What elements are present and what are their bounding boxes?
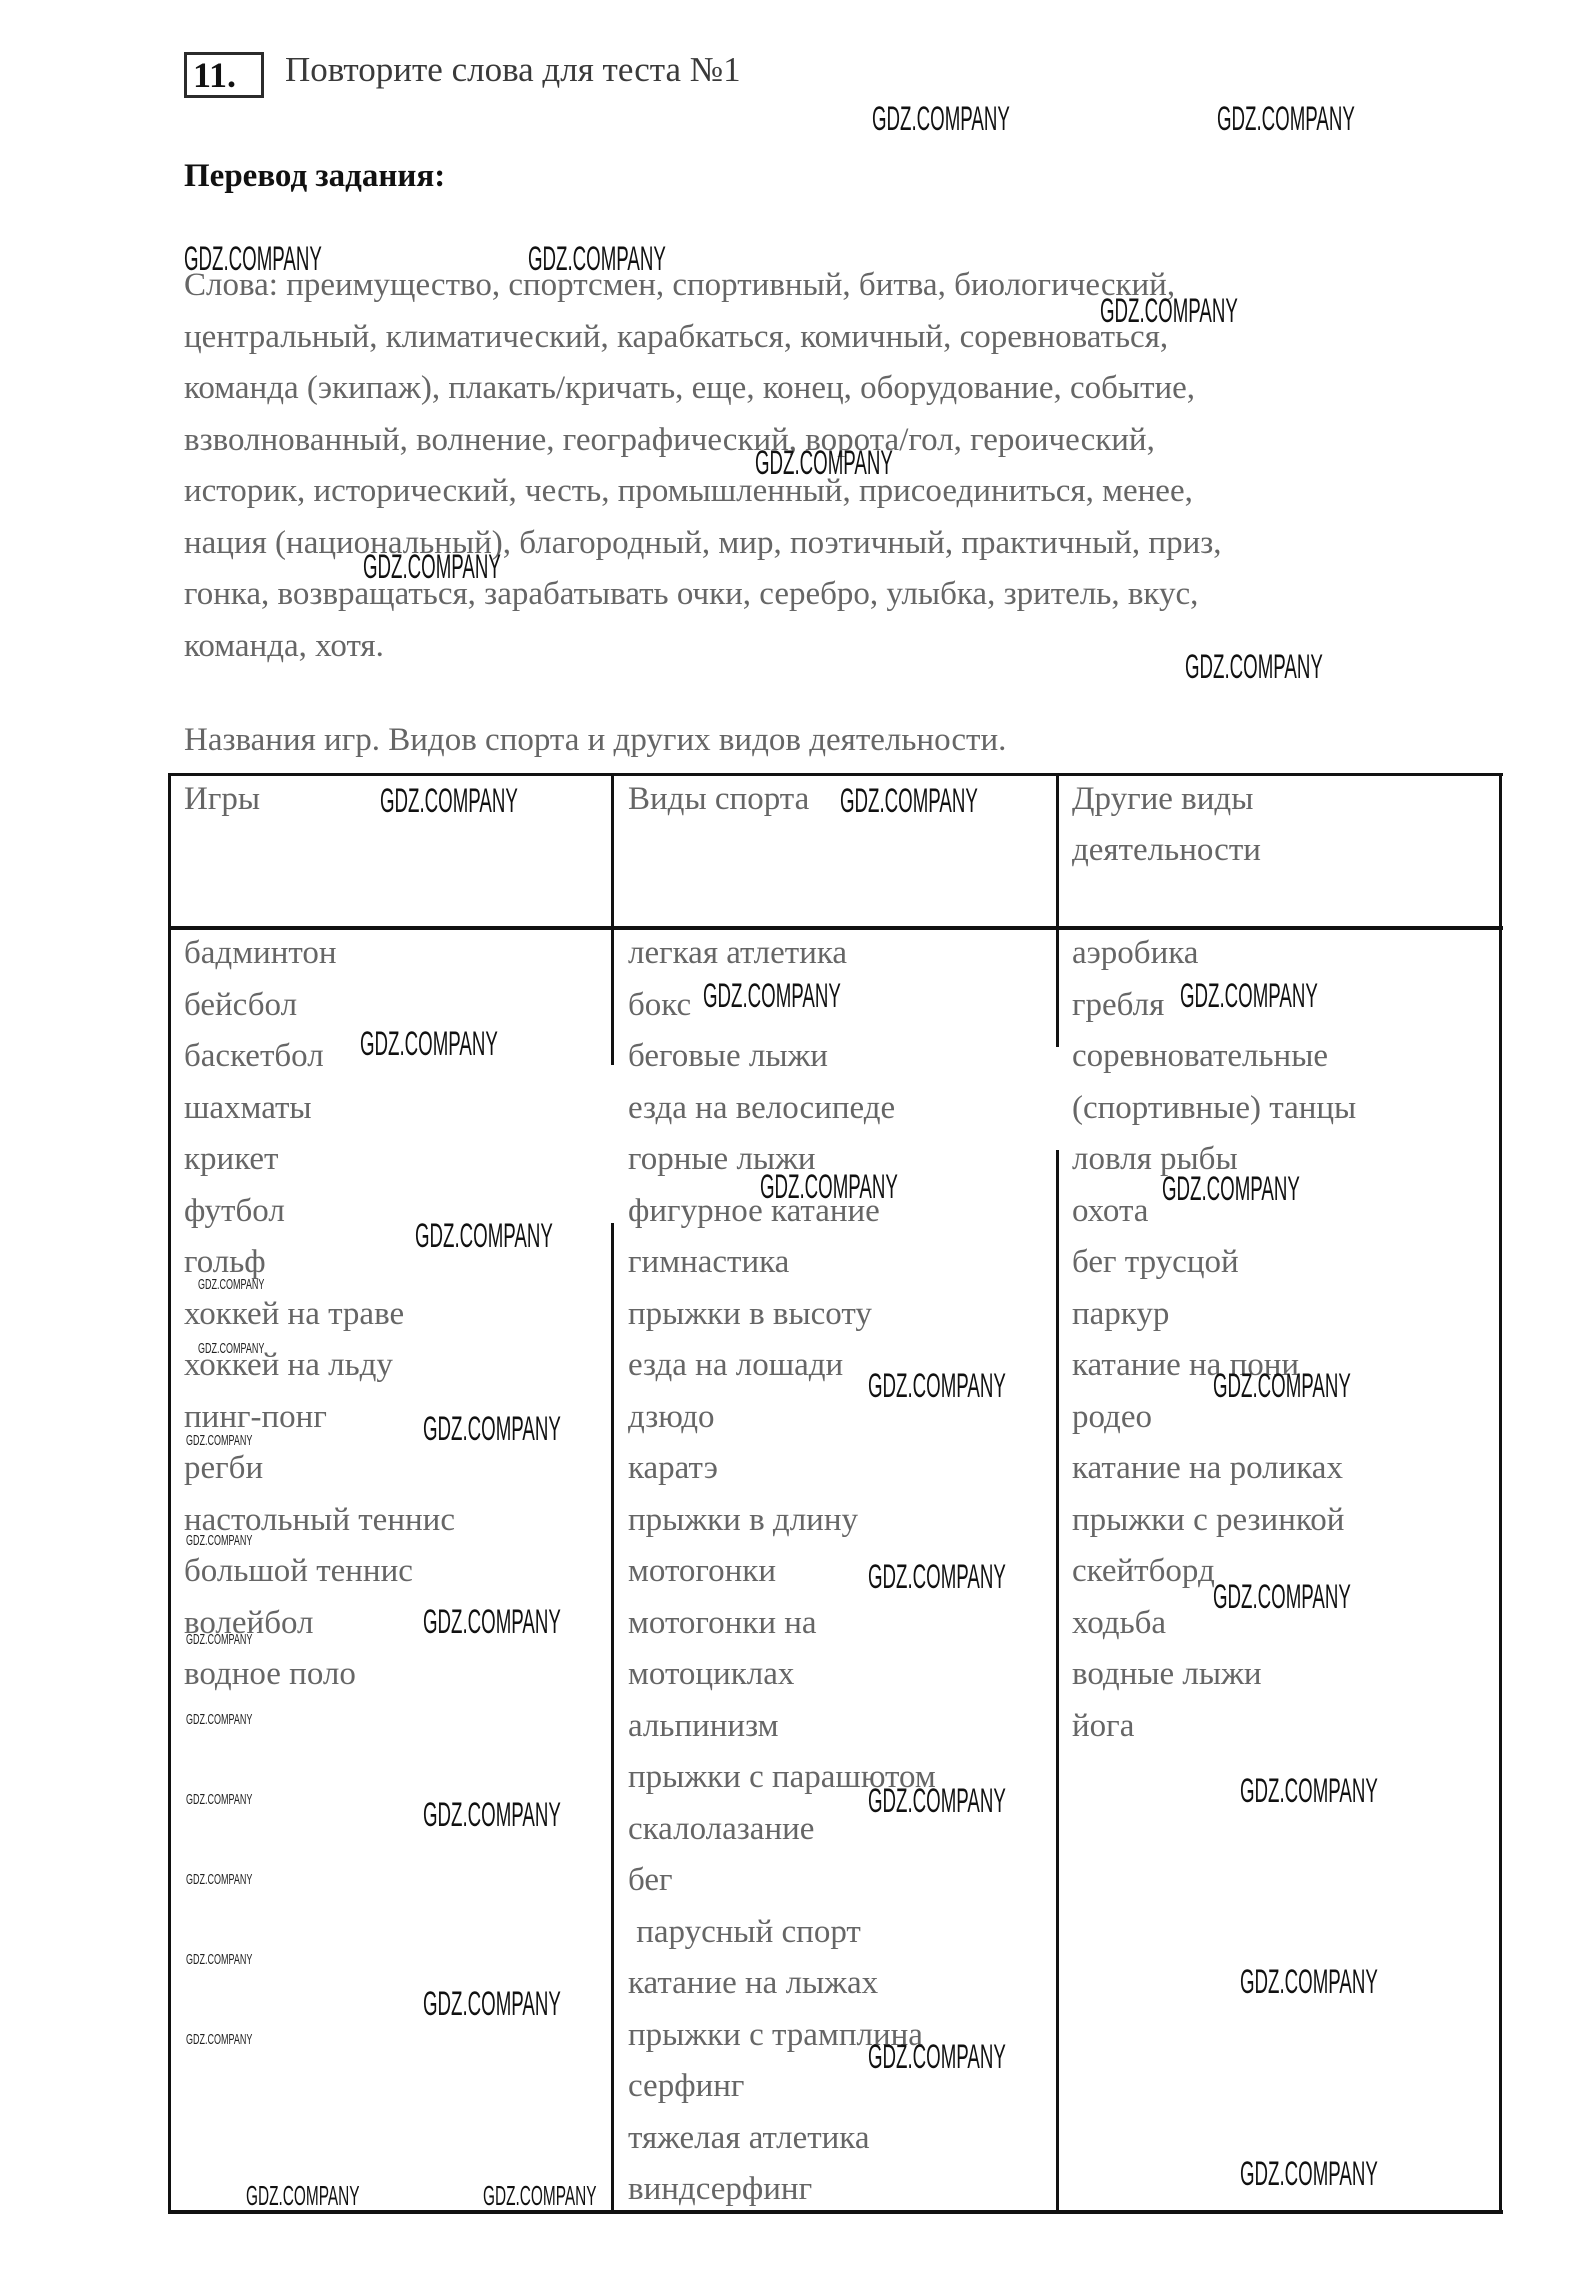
watermark: GDZ.COMPANY bbox=[868, 1367, 1006, 1406]
paragraph-line: центральный, климатический, карабкаться,… bbox=[184, 312, 1484, 364]
list-item: прыжки в высоту bbox=[628, 1289, 936, 1341]
list-item: парусный спорт bbox=[628, 1907, 936, 1959]
watermark: GDZ.COMPANY bbox=[423, 1796, 561, 1835]
header-other-line1: Другие виды bbox=[1072, 774, 1253, 826]
list-item: альпинизм bbox=[628, 1701, 936, 1753]
list-item: бадминтон bbox=[184, 928, 455, 980]
list-item: (спортивные) танцы bbox=[1072, 1083, 1356, 1135]
watermark: GDZ.COMPANY bbox=[1213, 1367, 1351, 1406]
watermark: GDZ.COMPANY bbox=[868, 2038, 1006, 2077]
header-other-line2: деятельности bbox=[1072, 825, 1261, 877]
watermark: GDZ.COMPANY bbox=[1213, 1578, 1351, 1617]
table-caption: Названия игр. Видов спорта и других видо… bbox=[184, 722, 1006, 759]
exercise-number-box: 11. bbox=[184, 52, 264, 98]
list-item: регби bbox=[184, 1443, 455, 1495]
watermark-small: GDZ.COMPANY bbox=[186, 2031, 252, 2048]
list-item: прыжки с резинкой bbox=[1072, 1495, 1356, 1547]
watermark: GDZ.COMPANY bbox=[246, 2180, 360, 2212]
list-item: тяжелая атлетика bbox=[628, 2113, 936, 2165]
header-games: Игры bbox=[184, 774, 260, 826]
watermark: GDZ.COMPANY bbox=[1162, 1170, 1300, 1209]
watermark: GDZ.COMPANY bbox=[1240, 1963, 1378, 2002]
list-item: соревновательные bbox=[1072, 1031, 1356, 1083]
list-item: паркур bbox=[1072, 1289, 1356, 1341]
watermark-small: GDZ.COMPANY bbox=[186, 1951, 252, 1968]
watermark: GDZ.COMPANY bbox=[423, 1603, 561, 1642]
column-divider-1 bbox=[611, 1223, 614, 2214]
list-item: мотоциклах bbox=[628, 1649, 936, 1701]
watermark-small: GDZ.COMPANY bbox=[186, 1631, 252, 1648]
table-border-right bbox=[1499, 773, 1502, 2214]
watermark: GDZ.COMPANY bbox=[872, 100, 1010, 139]
watermark: GDZ.COMPANY bbox=[1240, 2155, 1378, 2194]
other-activities-list: аэробика гребля соревновательные (спорти… bbox=[1072, 928, 1356, 1752]
table-border-top bbox=[168, 773, 1503, 776]
watermark-small: GDZ.COMPANY bbox=[198, 1276, 264, 1293]
column-divider-2 bbox=[1056, 1150, 1059, 2214]
list-item: водное поло bbox=[184, 1649, 455, 1701]
watermark-small: GDZ.COMPANY bbox=[198, 1340, 264, 1357]
watermark: GDZ.COMPANY bbox=[1217, 100, 1355, 139]
list-item: водные лыжи bbox=[1072, 1649, 1356, 1701]
watermark-small: GDZ.COMPANY bbox=[186, 1711, 252, 1728]
watermark: GDZ.COMPANY bbox=[528, 240, 666, 279]
list-item: прыжки в длину bbox=[628, 1495, 936, 1547]
watermark-small: GDZ.COMPANY bbox=[186, 1791, 252, 1808]
watermark: GDZ.COMPANY bbox=[1185, 648, 1323, 687]
list-item: йога bbox=[1072, 1701, 1356, 1753]
list-item: беговые лыжи bbox=[628, 1031, 936, 1083]
watermark: GDZ.COMPANY bbox=[868, 1558, 1006, 1597]
watermark: GDZ.COMPANY bbox=[703, 977, 841, 1016]
list-item: каратэ bbox=[628, 1443, 936, 1495]
table-border-left bbox=[168, 773, 171, 2214]
list-item: гимнастика bbox=[628, 1237, 936, 1289]
watermark: GDZ.COMPANY bbox=[1180, 977, 1318, 1016]
list-item: большой теннис bbox=[184, 1546, 455, 1598]
column-divider-1 bbox=[611, 773, 614, 1065]
list-item: катание на роликах bbox=[1072, 1443, 1356, 1495]
watermark: GDZ.COMPANY bbox=[423, 1985, 561, 2024]
watermark: GDZ.COMPANY bbox=[760, 1168, 898, 1207]
list-item: езда на велосипеде bbox=[628, 1083, 936, 1135]
list-item: бейсбол bbox=[184, 980, 455, 1032]
watermark: GDZ.COMPANY bbox=[868, 1782, 1006, 1821]
watermark: GDZ.COMPANY bbox=[1240, 1772, 1378, 1811]
watermark: GDZ.COMPANY bbox=[184, 240, 322, 279]
list-item: аэробика bbox=[1072, 928, 1356, 980]
watermark: GDZ.COMPANY bbox=[415, 1217, 553, 1256]
paragraph-line: Слова: преимущество, спортсмен, спортивн… bbox=[184, 260, 1484, 312]
watermark: GDZ.COMPANY bbox=[360, 1025, 498, 1064]
list-item: крикет bbox=[184, 1134, 455, 1186]
list-item: шахматы bbox=[184, 1083, 455, 1135]
list-item: мотогонки на bbox=[628, 1598, 936, 1650]
exercise-number: 11. bbox=[193, 55, 236, 95]
list-item: бег bbox=[628, 1855, 936, 1907]
list-item: виндсерфинг bbox=[628, 2164, 936, 2216]
watermark: GDZ.COMPANY bbox=[483, 2180, 597, 2212]
watermark: GDZ.COMPANY bbox=[755, 444, 893, 483]
translation-heading: Перевод задания: bbox=[184, 158, 445, 195]
watermark: GDZ.COMPANY bbox=[423, 1410, 561, 1449]
watermark-small: GDZ.COMPANY bbox=[186, 1432, 252, 1449]
watermark: GDZ.COMPANY bbox=[840, 782, 978, 821]
column-divider-2 bbox=[1056, 773, 1059, 1047]
list-item: катание на лыжах bbox=[628, 1958, 936, 2010]
list-item: хоккей на траве bbox=[184, 1289, 455, 1341]
watermark-small: GDZ.COMPANY bbox=[186, 1532, 252, 1549]
watermark-small: GDZ.COMPANY bbox=[186, 1871, 252, 1888]
header-sports: Виды спорта bbox=[628, 774, 809, 826]
watermark: GDZ.COMPANY bbox=[1100, 292, 1238, 331]
watermark: GDZ.COMPANY bbox=[363, 548, 501, 587]
list-item: легкая атлетика bbox=[628, 928, 936, 980]
list-item: бег трусцой bbox=[1072, 1237, 1356, 1289]
exercise-title: Повторите слова для теста №1 bbox=[285, 50, 741, 90]
paragraph-line: команда (экипаж), плакать/кричать, еще, … bbox=[184, 363, 1484, 415]
watermark: GDZ.COMPANY bbox=[380, 782, 518, 821]
